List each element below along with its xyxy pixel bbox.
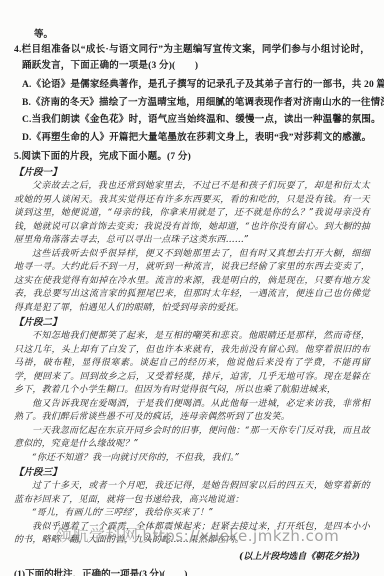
question-4-stem: 4.栏目组准备以“成长·与语文同行”为主题编写宣传文案，同学们参与小组讨论时，踊… [14, 42, 370, 74]
carryover-text: 等。 [14, 28, 370, 42]
question-4-options: A.《论语》是儒家经典著作，是孔子撰写的记录孔子及其弟子言行的一部书，共 20 … [22, 77, 370, 147]
fragment-1-paragraph: 这些话我听去似乎很异样，便又不到她那里去了，但有时又真想去打开大橱，细细地寻一寻… [14, 248, 370, 316]
fragment-2-paragraph: 一天我忽而忆起在东京开同乡会时的旧事，便问他：“那一天你专门反对我，而且故意似的… [14, 425, 370, 452]
fragment-1-title: 【片段一】 [14, 166, 370, 180]
fragment-1-paragraph: 父亲故去之后，我也还常到她家里去，不过已不是和孩子们玩耍了，却是和衍太太或她的男… [14, 180, 370, 248]
question-5-stem: 5.阅读下面的片段，完成下面小题。(7 分) [14, 149, 370, 165]
fragment-2-paragraph: 不知怎地我们便都笑了起来，是互相的嘲笑和悲哀。他眼睛还是那样，然而奇怪，只这几年… [14, 330, 370, 398]
fragment-2-paragraph: “你还不知道？我一向就讨厌你的，不但我，我们。” [14, 452, 370, 466]
question-5-sub-question-1: (1)下面的批注，正确的一项是(3 分)( ) [14, 568, 370, 576]
fragment-1: 【片段一】 父亲故去之后，我也还常到她家里去，不过已不是和孩子们玩耍了，却是和衍… [14, 166, 370, 315]
question-4-option-c: C.当我们朗读《金色花》时，语气应当始终温和、缓慢一点，读出一种温馨的氛围。 [22, 112, 370, 130]
fragment-2-title: 【片段二】 [14, 316, 370, 330]
fragment-3-paragraph: “哥儿，有画儿的‘三哼经’，我给你买来了！” [14, 507, 370, 521]
fragment-2: 【片段二】 不知怎地我们便都笑了起来，是互相的嘲笑和悲哀。他眼睛还是那样，然而奇… [14, 316, 370, 465]
question-4-option-d: D.《再塑生命的人》开篇把大量笔墨放在莎莉文身上，表明“我”对莎莉文的感激。 [22, 130, 370, 148]
fragment-3-paragraph: 过了十多天，或者一个月吧，我还记得，是她告假回家以后的四五天，她穿着新的蓝布衫回… [14, 480, 370, 507]
question-4-option-b: B.《济南的冬天》描绘了一方温晴宝地，用细腻的笔调表现作者对济南山水的一往情深。 [22, 95, 370, 113]
question-4-option-a: A.《论语》是儒家经典著作，是孔子撰写的记录孔子及其弟子言行的一部书，共 20 … [22, 77, 370, 95]
fragment-2-paragraph: 他又告诉我现在爱喝酒，于是我们便喝酒。从此他每一进城，必定来访我，非常相熟了。我… [14, 398, 370, 425]
fragment-3-title: 【片段三】 [14, 466, 370, 480]
source-attribution: (以上片段均选自《朝花夕拾》) [14, 550, 370, 565]
fragment-3: 【片段三】 过了十多天，或者一个月吧，我还记得，是她告假回家以后的四五天，她穿着… [14, 466, 370, 548]
exam-paper-page: 等。 4.栏目组准备以“成长·与语文同行”为主题编写宣传文案，同学们参与小组讨论… [0, 0, 384, 576]
fragment-3-paragraph: 我似乎遇着了一个霹雳，全体都震悚起来；赶紧去接过来，打开纸包，是四本小小的书，略… [14, 521, 370, 548]
